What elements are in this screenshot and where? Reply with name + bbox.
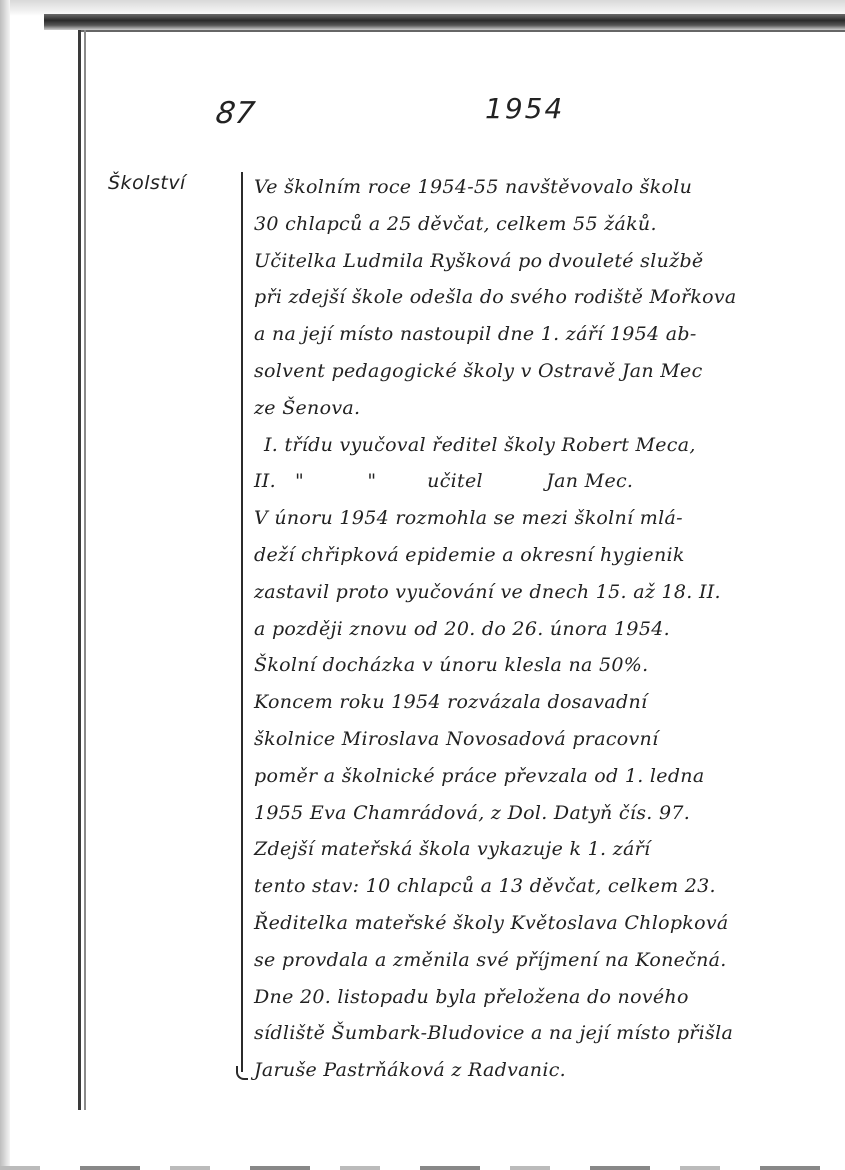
entry-line: zastavil proto vyučování ve dnech 15. až… — [254, 577, 834, 614]
entry-line: 1955 Eva Chamrádová, z Dol. Datyň čís. 9… — [254, 798, 834, 835]
entry-line: deží chřipková epidemie a okresní hygien… — [254, 540, 834, 577]
entry-line: solvent pedagogické školy v Ostravě Jan … — [254, 356, 834, 393]
year-heading: 1954 — [485, 92, 564, 125]
entry-line: poměr a školnické práce převzala od 1. l… — [254, 761, 834, 798]
entry-line: se provdala a změnila své příjmení na Ko… — [254, 945, 834, 982]
entry-line: II. " " učitel Jan Mec. — [254, 466, 834, 503]
page-number: 87 — [214, 96, 258, 131]
entry-line: I. třídu vyučoval ředitel školy Robert M… — [254, 430, 834, 467]
entry-line: a později znovu od 20. do 26. února 1954… — [254, 614, 834, 651]
entry-line: 30 chlapců a 25 děvčat, celkem 55 žáků. — [254, 209, 834, 246]
binding-margin-line-inner — [84, 30, 86, 1110]
entry-line: ze Šenova. — [254, 393, 834, 430]
binding-margin-line — [78, 30, 81, 1110]
entry-line: Školní docházka v únoru klesla na 50%. — [254, 650, 834, 687]
page-top-border — [44, 14, 845, 30]
entry-line: školnice Miroslava Novosadová pracovní — [254, 724, 834, 761]
scan-left-edge — [0, 0, 10, 1170]
entry-line: Ve školním roce 1954-55 navštěvovalo ško… — [254, 172, 834, 209]
section-margin-label: Školství — [108, 172, 186, 194]
entry-line: Učitelka Ludmila Ryšková po dvouleté slu… — [254, 246, 834, 283]
section-bracket-end — [236, 1066, 248, 1080]
entry-line: a na její místo nastoupil dne 1. září 19… — [254, 319, 834, 356]
entry-line: při zdejší škole odešla do svého rodiště… — [254, 282, 834, 319]
entry-line: Zdejší mateřská škola vykazuje k 1. září — [254, 834, 834, 871]
entry-line: V únoru 1954 rozmohla se mezi školní mlá… — [254, 503, 834, 540]
section-bracket — [241, 172, 243, 1072]
entry-line: Ředitelka mateřské školy Květoslava Chlo… — [254, 908, 834, 945]
page-top-rule — [78, 30, 845, 32]
entry-line: tento stav: 10 chlapců a 13 děvčat, celk… — [254, 871, 834, 908]
chronicle-entry: Ve školním roce 1954-55 navštěvovalo ško… — [254, 172, 834, 1092]
entry-line: Jaruše Pastrňáková z Radvanic. — [254, 1055, 834, 1092]
scan-bottom-edge — [0, 1166, 845, 1170]
entry-line: sídliště Šumbark-Bludovice a na její mís… — [254, 1018, 834, 1055]
entry-line: Koncem roku 1954 rozvázala dosavadní — [254, 687, 834, 724]
entry-line: Dne 20. listopadu byla přeložena do nové… — [254, 982, 834, 1019]
